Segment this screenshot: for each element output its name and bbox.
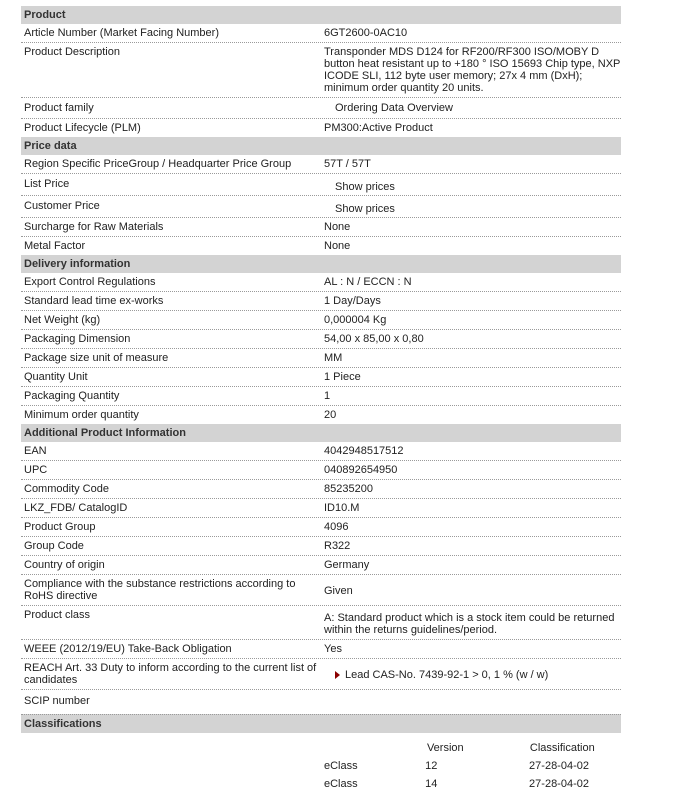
label: LKZ_FDB/ CatalogID — [21, 499, 320, 517]
label: Product Lifecycle (PLM) — [21, 119, 320, 137]
value: Yes — [320, 640, 621, 658]
header-version: Version — [427, 739, 530, 757]
show-customer-prices-link[interactable]: Show prices — [320, 196, 621, 217]
expand-arrow-icon[interactable] — [335, 671, 340, 679]
row-product-lifecycle: Product Lifecycle (PLM) PM300:Active Pro… — [21, 119, 621, 137]
value: 1 — [320, 387, 621, 405]
value: MM — [320, 349, 621, 367]
value — [320, 690, 621, 714]
row-metal-factor: Metal Factor None — [21, 237, 621, 255]
row-package-unit: Package size unit of measure MM — [21, 349, 621, 368]
label: Quantity Unit — [21, 368, 320, 386]
value: A: Standard product which is a stock ite… — [320, 606, 621, 639]
value: ID10.M — [320, 499, 621, 517]
value: 85235200 — [320, 480, 621, 498]
ordering-data-overview-link[interactable]: Ordering Data Overview — [320, 98, 621, 118]
row-article-number: Article Number (Market Facing Number) 6G… — [21, 24, 621, 43]
row-weee: WEEE (2012/19/EU) Take-Back Obligation Y… — [21, 640, 621, 659]
row-reach: REACH Art. 33 Duty to inform according t… — [21, 659, 621, 690]
row-scip-number: SCIP number — [21, 690, 621, 714]
value: None — [320, 237, 621, 255]
value: 57T / 57T — [320, 155, 621, 173]
section-header-additional-info: Additional Product Information — [21, 424, 621, 442]
value: 040892654950 — [320, 461, 621, 479]
classifications-header-row: Version Classification — [324, 739, 621, 757]
value: Germany — [320, 556, 621, 574]
row-product-group: Product Group 4096 — [21, 518, 621, 537]
label: Surcharge for Raw Materials — [21, 218, 320, 236]
row-packaging-dimension: Packaging Dimension 54,00 x 85,00 x 0,80 — [21, 330, 621, 349]
row-net-weight: Net Weight (kg) 0,000004 Kg — [21, 311, 621, 330]
classification: 27-28-04-02 — [529, 757, 621, 775]
label: Country of origin — [21, 556, 320, 574]
show-list-prices-link[interactable]: Show prices — [320, 174, 621, 195]
row-rohs: Compliance with the substance restrictio… — [21, 575, 621, 606]
value: Given — [320, 575, 621, 605]
label: Packaging Dimension — [21, 330, 320, 348]
label: Product family — [21, 98, 320, 118]
row-catalog-id: LKZ_FDB/ CatalogID ID10.M — [21, 499, 621, 518]
value: 1 Day/Days — [320, 292, 621, 310]
reach-substance-link[interactable]: Lead CAS-No. 7439-92-1 > 0, 1 % (w / w) — [345, 669, 548, 681]
label: Export Control Regulations — [21, 273, 320, 291]
row-price-group: Region Specific PriceGroup / Headquarter… — [21, 155, 621, 174]
value: PM300:Active Product — [320, 119, 621, 137]
value: None — [320, 218, 621, 236]
label: REACH Art. 33 Duty to inform according t… — [21, 659, 320, 689]
row-export-control: Export Control Regulations AL : N / ECCN… — [21, 273, 621, 292]
value: 6GT2600-0AC10 — [320, 24, 621, 42]
label: UPC — [21, 461, 320, 479]
row-group-code: Group Code R322 — [21, 537, 621, 556]
row-product-family: Product family Ordering Data Overview — [21, 98, 621, 119]
label: Product Group — [21, 518, 320, 536]
value: AL : N / ECCN : N — [320, 273, 621, 291]
classifications-table: Version Classification eClass 12 27-28-0… — [324, 739, 621, 793]
row-list-price: List Price Show prices — [21, 174, 621, 196]
section-header-classifications: Classifications — [21, 714, 621, 733]
classification-row: eClass 14 27-28-04-02 — [324, 775, 621, 793]
label: Product Description — [21, 43, 320, 97]
section-header-product: Product — [21, 6, 621, 24]
row-ean: EAN 4042948517512 — [21, 442, 621, 461]
section-header-price-data: Price data — [21, 137, 621, 155]
label: Package size unit of measure — [21, 349, 320, 367]
label: Region Specific PriceGroup / Headquarter… — [21, 155, 320, 173]
row-commodity-code: Commodity Code 85235200 — [21, 480, 621, 499]
section-header-delivery: Delivery information — [21, 255, 621, 273]
row-product-description: Product Description Transponder MDS D124… — [21, 43, 621, 98]
value: 54,00 x 85,00 x 0,80 — [320, 330, 621, 348]
label: Minimum order quantity — [21, 406, 320, 424]
row-lead-time: Standard lead time ex-works 1 Day/Days — [21, 292, 621, 311]
value: 1 Piece — [320, 368, 621, 386]
row-quantity-unit: Quantity Unit 1 Piece — [21, 368, 621, 387]
label: Customer Price — [21, 196, 320, 217]
version: 12 — [425, 757, 529, 775]
row-product-class: Product class A: Standard product which … — [21, 606, 621, 640]
label: List Price — [21, 174, 320, 195]
reach-value[interactable]: Lead CAS-No. 7439-92-1 > 0, 1 % (w / w) — [320, 659, 621, 689]
row-packaging-quantity: Packaging Quantity 1 — [21, 387, 621, 406]
label: Packaging Quantity — [21, 387, 320, 405]
label: WEEE (2012/19/EU) Take-Back Obligation — [21, 640, 320, 658]
row-min-order: Minimum order quantity 20 — [21, 406, 621, 424]
label: Group Code — [21, 537, 320, 555]
label: Commodity Code — [21, 480, 320, 498]
value: 0,000004 Kg — [320, 311, 621, 329]
value: Transponder MDS D124 for RF200/RF300 ISO… — [320, 43, 621, 97]
system: eClass — [324, 775, 425, 793]
version: 14 — [425, 775, 529, 793]
classification-row: eClass 12 27-28-04-02 — [324, 757, 621, 775]
label: Standard lead time ex-works — [21, 292, 320, 310]
row-customer-price: Customer Price Show prices — [21, 196, 621, 218]
value: 4096 — [320, 518, 621, 536]
label: Net Weight (kg) — [21, 311, 320, 329]
value: R322 — [320, 537, 621, 555]
row-surcharge: Surcharge for Raw Materials None — [21, 218, 621, 237]
header-system — [324, 739, 427, 757]
label: EAN — [21, 442, 320, 460]
label: SCIP number — [21, 690, 320, 714]
label: Product class — [21, 606, 320, 639]
label: Metal Factor — [21, 237, 320, 255]
label: Article Number (Market Facing Number) — [21, 24, 320, 42]
header-classification: Classification — [530, 739, 621, 757]
row-country-of-origin: Country of origin Germany — [21, 556, 621, 575]
value: 4042948517512 — [320, 442, 621, 460]
row-upc: UPC 040892654950 — [21, 461, 621, 480]
value: 20 — [320, 406, 621, 424]
product-data-table: Product Article Number (Market Facing Nu… — [21, 6, 621, 793]
system: eClass — [324, 757, 425, 775]
label: Compliance with the substance restrictio… — [21, 575, 320, 605]
classification: 27-28-04-02 — [529, 775, 621, 793]
